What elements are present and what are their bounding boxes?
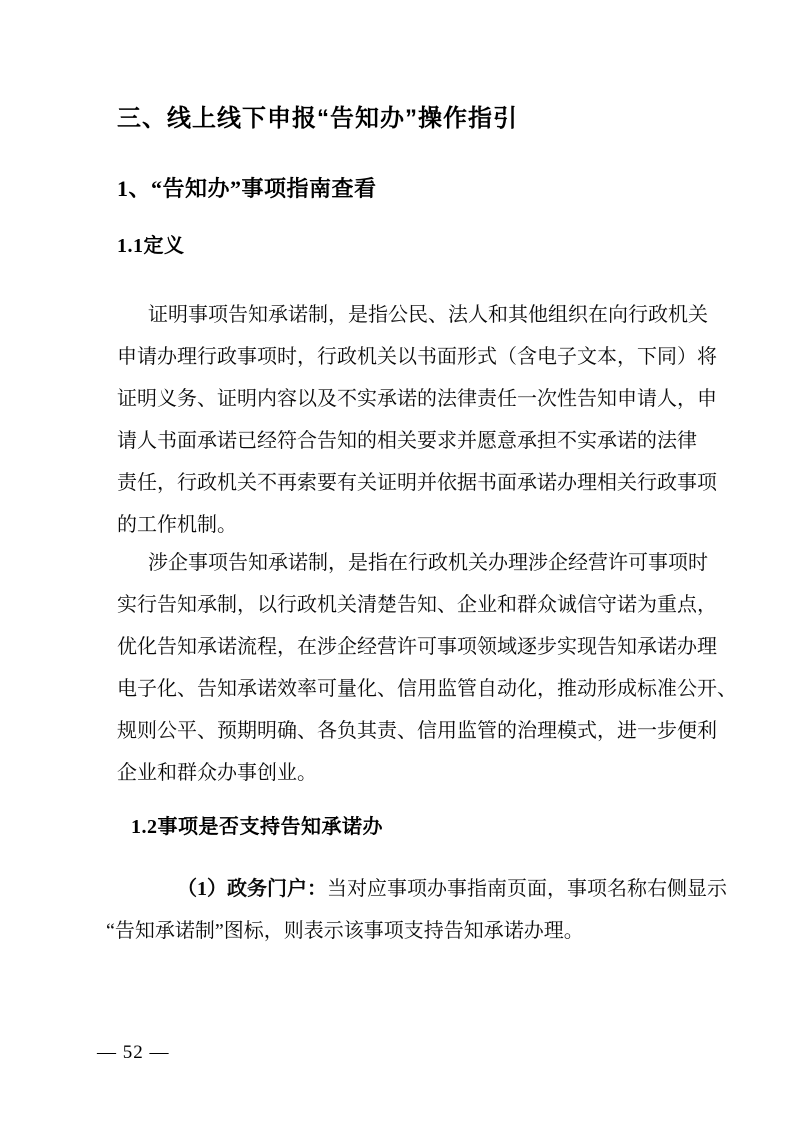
portal-item-text: 当对应事项办事指南页面，事项名称右侧显示: [327, 878, 727, 900]
paragraph-government-portal: （1）政务门户：当对应事项办事指南页面，事项名称右侧显示 “告知承诺制”图标，则…: [117, 868, 742, 952]
paragraph-line: “告知承诺制”图标，则表示该事项支持告知承诺办理。: [106, 910, 742, 952]
paragraph-line: （1）政务门户：当对应事项办事指南页面，事项名称右侧显示: [117, 868, 742, 910]
paragraph-line: 实行告知承制，以行政机关清楚告知、企业和群众诚信守诺为重点，: [117, 584, 742, 626]
paragraph-enterprise-commitment: 涉企事项告知承诺制，是指在行政机关办理涉企经营许可事项时 实行告知承制，以行政机…: [117, 542, 742, 794]
paragraph-line: 的工作机制。: [117, 504, 742, 546]
subsection-heading-definition: 1.1定义: [117, 232, 185, 260]
portal-item-label: （1）政务门户：: [177, 878, 327, 900]
paragraph-line: 电子化、告知承诺效率可量化、信用监管自动化，推动形成标准公开、: [117, 668, 742, 710]
paragraph-line: 请人书面承诺已经符合告知的相关要求并愿意承担不实承诺的法律: [117, 420, 742, 462]
paragraph-certification-commitment: 证明事项告知承诺制，是指公民、法人和其他组织在向行政机关 申请办理行政事项时，行…: [117, 294, 742, 546]
page: 三、线上线下申报“告知办”操作指引 1、“告知办”事项指南查看 1.1定义 证明…: [0, 0, 793, 1122]
document-page: { "colors": { "background": "#ffffff", "…: [0, 0, 793, 1122]
page-number: — 52 —: [97, 1041, 170, 1065]
paragraph-line: 涉企事项告知承诺制，是指在行政机关办理涉企经营许可事项时: [117, 542, 742, 584]
paragraph-line: 证明义务、证明内容以及不实承诺的法律责任一次性告知申请人，申: [117, 378, 742, 420]
paragraph-line: 证明事项告知承诺制，是指公民、法人和其他组织在向行政机关: [117, 294, 742, 336]
paragraph-line: 申请办理行政事项时，行政机关以书面形式（含电子文本，下同）将: [117, 336, 742, 378]
paragraph-line: 优化告知承诺流程，在涉企经营许可事项领域逐步实现告知承诺办理: [117, 626, 742, 668]
paragraph-line: 责任，行政机关不再索要有关证明并依据书面承诺办理相关行政事项: [117, 462, 742, 504]
paragraph-line: 企业和群众办事创业。: [117, 752, 742, 794]
chapter-heading: 三、线上线下申报“告知办”操作指引: [117, 103, 518, 135]
subsection-heading-support-check: 1.2事项是否支持告知承诺办: [131, 813, 383, 841]
section-heading: 1、“告知办”事项指南查看: [117, 174, 377, 204]
paragraph-line: 规则公平、预期明确、各负其责、信用监管的治理模式，进一步便利: [117, 710, 742, 752]
